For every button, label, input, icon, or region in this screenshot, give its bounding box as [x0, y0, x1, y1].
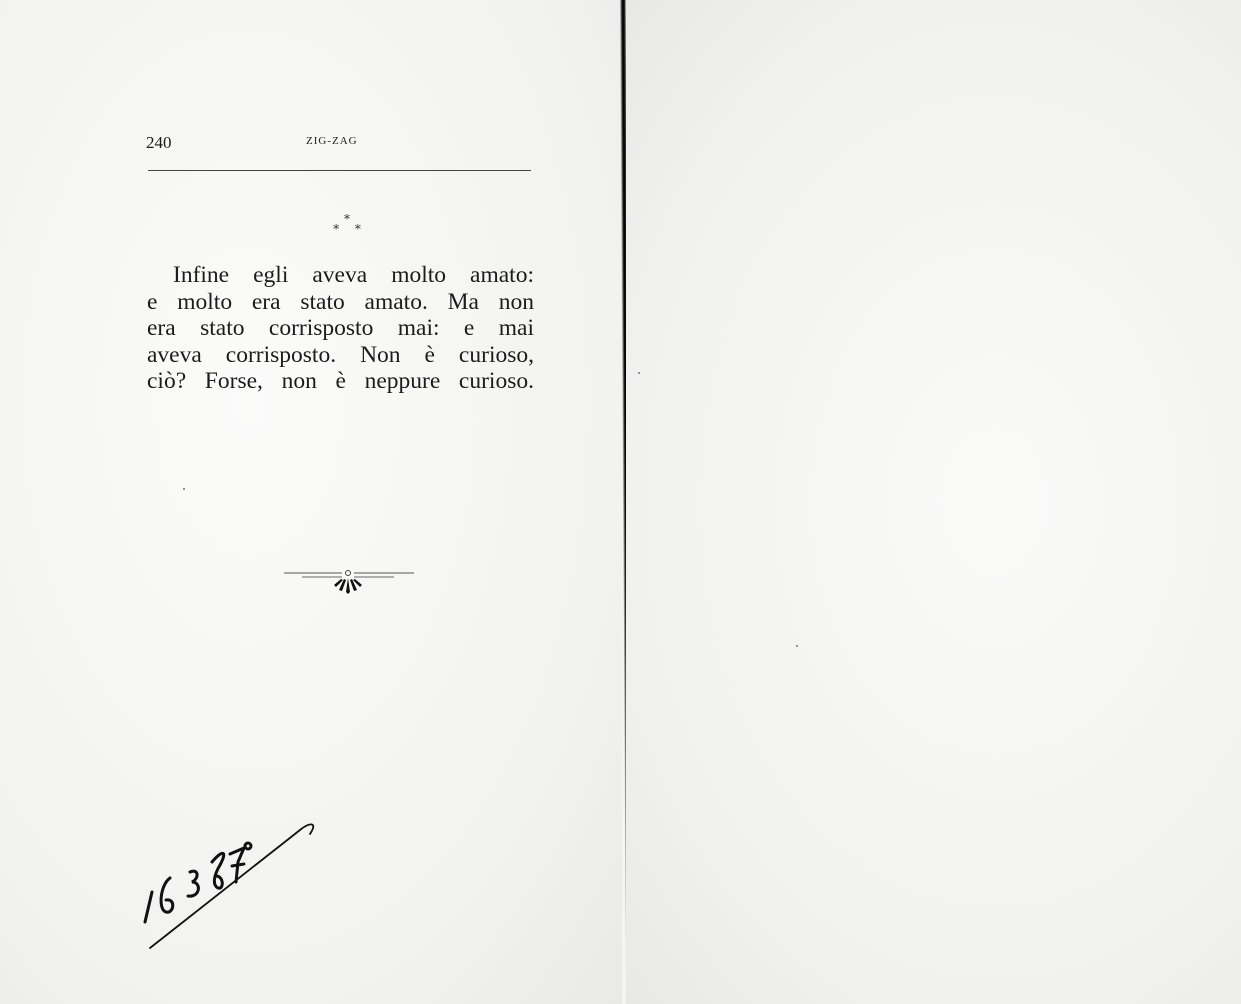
paragraph-line: era stato corrisposto mai: e mai [147, 315, 534, 342]
paragraph-line: Infine egli aveva molto amato: [147, 262, 534, 289]
paragraph-line: aveva corrisposto. Non è curioso, [147, 342, 534, 369]
paper-speck [796, 645, 798, 647]
paper-speck [638, 372, 640, 374]
running-title: ZIG-ZAG [306, 135, 358, 147]
paragraph-line: e molto era stato amato. Ma non [147, 289, 534, 316]
paragraph: Infine egli aveva molto amato: e molto e… [147, 262, 534, 395]
paper-speck [183, 488, 185, 490]
paragraph-line: ciò? Forse, non è neppure curioso. [147, 368, 534, 395]
handwritten-number [140, 810, 320, 960]
header-rule [148, 170, 531, 171]
tailpiece-ornament-icon [284, 566, 414, 596]
book-spread: 240 ZIG-ZAG * * * Infine egli aveva molt… [0, 0, 1241, 1004]
section-break-asterism: * * * [327, 214, 367, 234]
page-number: 240 [146, 133, 172, 153]
asterism-bottom: * * [333, 224, 367, 234]
running-head: 240 ZIG-ZAG [146, 133, 531, 153]
left-page: 240 ZIG-ZAG * * * Infine egli aveva molt… [0, 0, 622, 1004]
right-page [626, 0, 1241, 1004]
